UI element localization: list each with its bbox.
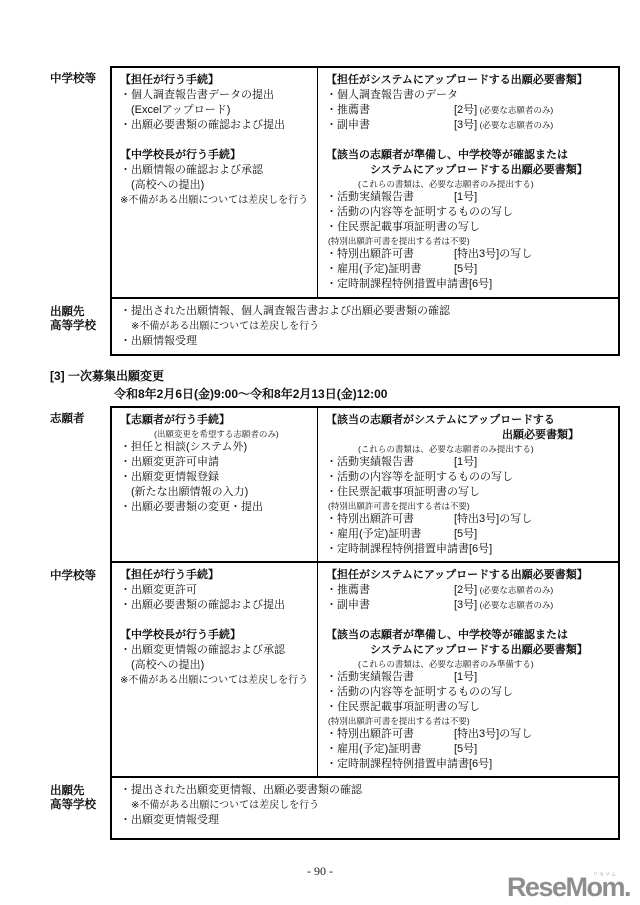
- doc-line: ・定時制課程特例措置申請書[6号]: [326, 277, 612, 292]
- row-label-text: 出願先: [50, 305, 110, 319]
- doc-item-name: ・活動実績報告書: [326, 455, 454, 470]
- doc-line: (これらの書類は、必要な志願者のみ準備する): [326, 658, 612, 670]
- doc-item-form-number: [3号]: [454, 119, 477, 131]
- doc-item-name: ・特別出願許可書: [326, 512, 454, 527]
- doc-item-form-number: [5号]: [454, 743, 477, 755]
- doc-line: (特別出願許可書を提出する者は不要): [326, 500, 612, 512]
- doc-item-form-number: [特出3号]の写し: [454, 728, 532, 740]
- doc-item-name: ・推薦書: [326, 583, 454, 598]
- procedures-cell: 【志願者が行う手続】(出願変更を希望する志願者のみ)・担任と相談(システム外)・…: [112, 408, 317, 561]
- doc-item-form-number: [1号]: [454, 456, 477, 468]
- table-row: 出願先 高等学校 ・提出された出願変更情報、出願必要書類の確認※不備がある出願に…: [50, 778, 620, 840]
- procedures-cell: 【担任が行う手続】・出願変更許可・出願必要書類の確認および提出 【中学校長が行う…: [112, 563, 317, 776]
- doc-line: ・定時制課程特例措置申請書[6号]: [326, 757, 612, 772]
- document-page: 中学校等 【担任が行う手続】・個人調査報告書データの提出(Excelアップロード…: [0, 0, 640, 905]
- block-header: システムにアップロードする出願必要書類】: [326, 643, 612, 658]
- doc-line: ・出願変更情報の確認および承認: [120, 643, 311, 658]
- doc-line: (特別出願許可書を提出する者は不要): [326, 715, 612, 727]
- doc-item-name: ・推薦書: [326, 103, 454, 118]
- doc-item-note: (必要な志願者のみ): [477, 585, 553, 595]
- doc-line: ・活動の内容等を証明するものの写し: [326, 685, 612, 700]
- doc-line: ・活動実績報告書[1号]: [326, 455, 612, 470]
- documents-cell: 【担任がシステムにアップロードする出願必要書類】・推薦書[2号] (必要な志願者…: [317, 563, 618, 776]
- doc-line: ・雇用(予定)証明書[5号]: [326, 262, 612, 277]
- doc-line: (Excelアップロード): [120, 103, 311, 118]
- documents-cell: 【担任がシステムにアップロードする出願必要書類】・個人調査報告書のデータ・推薦書…: [317, 68, 618, 297]
- doc-item-form-number: [2号]: [454, 104, 477, 116]
- doc-line: ・特別出願許可書[特出3号]の写し: [326, 727, 612, 742]
- doc-line: (これらの書類は、必要な志願者のみ提出する): [326, 443, 612, 455]
- doc-item-name: ・雇用(予定)証明書: [326, 262, 454, 277]
- doc-line: ・出願情報の確認および承認: [120, 163, 311, 178]
- doc-line: (高校への提出): [120, 658, 311, 673]
- document-content: 中学校等 【担任が行う手続】・個人調査報告書データの提出(Excelアップロード…: [50, 66, 620, 840]
- row-box: ・提出された出願情報、個人調査報告書および出願必要書類の確認※不備がある出願につ…: [110, 297, 620, 356]
- doc-line: ・出願変更許可: [120, 583, 311, 598]
- doc-line: (特別出願許可書を提出する者は不要): [326, 235, 612, 247]
- row-label-text: 高等学校: [50, 319, 110, 333]
- row-label-destination-high-school: 出願先 高等学校: [50, 299, 110, 356]
- documents-cell: 【該当の志願者がシステムにアップロードする出願必要書類】(これらの書類は、必要な…: [317, 408, 618, 561]
- procedures-cell: 【担任が行う手続】・個人調査報告書データの提出(Excelアップロード)・出願必…: [112, 68, 317, 297]
- doc-item-name: ・活動実績報告書: [326, 670, 454, 685]
- doc-line: ・雇用(予定)証明書[5号]: [326, 527, 612, 542]
- doc-line: ・住民票記載事項証明書の写し: [326, 485, 612, 500]
- row-label-applicant: 志願者: [50, 406, 110, 563]
- logo-ruby-text: リセマム: [593, 873, 617, 878]
- doc-line: ※不備がある出願については差戻しを行う: [120, 673, 311, 688]
- doc-item-form-number: [特出3号]の写し: [454, 248, 532, 260]
- row-label-junior-high: 中学校等: [50, 563, 110, 778]
- table-row: 出願先 高等学校 ・提出された出願情報、個人調査報告書および出願必要書類の確認※…: [50, 299, 620, 356]
- doc-line: ・推薦書[2号] (必要な志願者のみ): [326, 103, 612, 118]
- doc-line: ・活動の内容等を証明するものの写し: [326, 205, 612, 220]
- block-header: 【志願者が行う手続】: [120, 413, 311, 428]
- doc-item-name: ・雇用(予定)証明書: [326, 742, 454, 757]
- doc-line: ・担任と相談(システム外): [120, 440, 311, 455]
- doc-line: (高校への提出): [120, 178, 311, 193]
- row-box: 【担任が行う手続】・個人調査報告書データの提出(Excelアップロード)・出願必…: [110, 66, 620, 299]
- block-header: 【該当の志願者が準備し、中学校等が確認または: [326, 628, 612, 643]
- block-header: 【担任が行う手続】: [120, 73, 311, 88]
- resemom-logo: リセマム ReseMom.: [507, 874, 630, 901]
- doc-line: ・出願必要書類の確認および提出: [120, 118, 311, 133]
- high-school-cell: ・提出された出願情報、個人調査報告書および出願必要書類の確認※不備がある出願につ…: [112, 299, 618, 354]
- doc-line: [326, 133, 612, 148]
- doc-line: ※不備がある出願については差戻しを行う: [120, 798, 612, 813]
- doc-line: ・個人調査報告書データの提出: [120, 88, 311, 103]
- table-row: 志願者 【志願者が行う手続】(出願変更を希望する志願者のみ)・担任と相談(システ…: [50, 406, 620, 563]
- doc-line: ・推薦書[2号] (必要な志願者のみ): [326, 583, 612, 598]
- doc-line: ・特別出願許可書[特出3号]の写し: [326, 512, 612, 527]
- doc-line: (これらの書類は、必要な志願者のみ提出する): [326, 178, 612, 190]
- doc-item-form-number: [3号]: [454, 599, 477, 611]
- doc-line: ・個人調査報告書のデータ: [326, 88, 612, 103]
- doc-line: ・定時制課程特例措置申請書[6号]: [326, 542, 612, 557]
- procedure-table-first-recruitment: 中学校等 【担任が行う手続】・個人調査報告書データの提出(Excelアップロード…: [50, 66, 620, 356]
- logo-dot: .: [624, 872, 630, 902]
- doc-item-form-number: [1号]: [454, 671, 477, 683]
- row-box: 【志願者が行う手続】(出願変更を希望する志願者のみ)・担任と相談(システム外)・…: [110, 406, 620, 563]
- doc-line: ・雇用(予定)証明書[5号]: [326, 742, 612, 757]
- doc-line: ・住民票記載事項証明書の写し: [326, 700, 612, 715]
- doc-item-name: ・雇用(予定)証明書: [326, 527, 454, 542]
- doc-line: ・住民票記載事項証明書の写し: [326, 220, 612, 235]
- row-label-junior-high: 中学校等: [50, 66, 110, 299]
- block-header: 【該当の志願者が準備し、中学校等が確認または: [326, 148, 612, 163]
- section-heading: [3] 一次募集出願変更: [50, 369, 620, 383]
- section-period: 令和8年2月6日(金)9:00〜令和8年2月13日(金)12:00: [114, 387, 620, 401]
- block-header: 【担任がシステムにアップロードする出願必要書類】: [326, 73, 612, 88]
- block-header: 出願必要書類】: [326, 428, 612, 443]
- row-label-text: 出願先: [50, 784, 110, 798]
- doc-item-name: ・特別出願許可書: [326, 247, 454, 262]
- high-school-cell: ・提出された出願変更情報、出願必要書類の確認※不備がある出願については差戻しを行…: [112, 778, 618, 838]
- doc-line: (新たな出願情報の入力): [120, 485, 311, 500]
- doc-line: ・出願情報受理: [120, 334, 612, 349]
- table-row: 中学校等 【担任が行う手続】・個人調査報告書データの提出(Excelアップロード…: [50, 66, 620, 299]
- doc-line: ※不備がある出願については差戻しを行う: [120, 193, 311, 208]
- doc-line: ・出願変更情報登録: [120, 470, 311, 485]
- row-box: 【担任が行う手続】・出願変更許可・出願必要書類の確認および提出 【中学校長が行う…: [110, 561, 620, 778]
- doc-item-form-number: [2号]: [454, 584, 477, 596]
- doc-item-name: ・副申書: [326, 598, 454, 613]
- doc-line: ・特別出願許可書[特出3号]の写し: [326, 247, 612, 262]
- row-label-text: 志願者: [50, 412, 110, 426]
- procedure-table-application-change: 志願者 【志願者が行う手続】(出願変更を希望する志願者のみ)・担任と相談(システ…: [50, 406, 620, 840]
- doc-line: ・出願必要書類の確認および提出: [120, 598, 311, 613]
- table-row: 中学校等 【担任が行う手続】・出願変更許可・出願必要書類の確認および提出 【中学…: [50, 563, 620, 778]
- doc-item-name: ・特別出願許可書: [326, 727, 454, 742]
- doc-item-form-number: [5号]: [454, 263, 477, 275]
- doc-item-note: (必要な志願者のみ): [477, 120, 553, 130]
- row-box: ・提出された出願変更情報、出願必要書類の確認※不備がある出願については差戻しを行…: [110, 776, 620, 840]
- block-header: 【該当の志願者がシステムにアップロードする: [326, 413, 612, 428]
- doc-line: (出願変更を希望する志願者のみ): [120, 428, 311, 440]
- block-header: 【担任がシステムにアップロードする出願必要書類】: [326, 568, 612, 583]
- doc-line: ・提出された出願情報、個人調査報告書および出願必要書類の確認: [120, 304, 612, 319]
- row-label-text: 中学校等: [50, 569, 110, 583]
- doc-line: ・活動実績報告書[1号]: [326, 670, 612, 685]
- doc-item-name: ・副申書: [326, 118, 454, 133]
- doc-line: ・出願必要書類の変更・提出: [120, 500, 311, 515]
- doc-item-form-number: [5号]: [454, 528, 477, 540]
- doc-item-name: ・活動実績報告書: [326, 190, 454, 205]
- doc-item-note: (必要な志願者のみ): [477, 600, 553, 610]
- doc-line: ・提出された出願変更情報、出願必要書類の確認: [120, 783, 612, 798]
- doc-line: ・活動実績報告書[1号]: [326, 190, 612, 205]
- doc-line: [120, 613, 311, 628]
- row-label-text: 中学校等: [50, 72, 110, 86]
- doc-line: [120, 133, 311, 148]
- doc-item-note: (必要な志願者のみ): [477, 105, 553, 115]
- block-header: 【中学校長が行う手続】: [120, 628, 311, 643]
- doc-item-form-number: [特出3号]の写し: [454, 513, 532, 525]
- block-header: 【中学校長が行う手続】: [120, 148, 311, 163]
- block-header: 【担任が行う手続】: [120, 568, 311, 583]
- doc-line: ・副申書[3号] (必要な志願者のみ): [326, 598, 612, 613]
- block-header: システムにアップロードする出願必要書類】: [326, 163, 612, 178]
- doc-line: ・活動の内容等を証明するものの写し: [326, 470, 612, 485]
- doc-line: ※不備がある出願については差戻しを行う: [120, 319, 612, 334]
- row-label-destination-high-school: 出願先 高等学校: [50, 778, 110, 840]
- doc-line: ・出願変更情報受理: [120, 813, 612, 828]
- doc-line: ・出願変更許可申請: [120, 455, 311, 470]
- row-label-text: 高等学校: [50, 798, 110, 812]
- doc-line: [326, 613, 612, 628]
- doc-item-form-number: [1号]: [454, 191, 477, 203]
- doc-line: ・副申書[3号] (必要な志願者のみ): [326, 118, 612, 133]
